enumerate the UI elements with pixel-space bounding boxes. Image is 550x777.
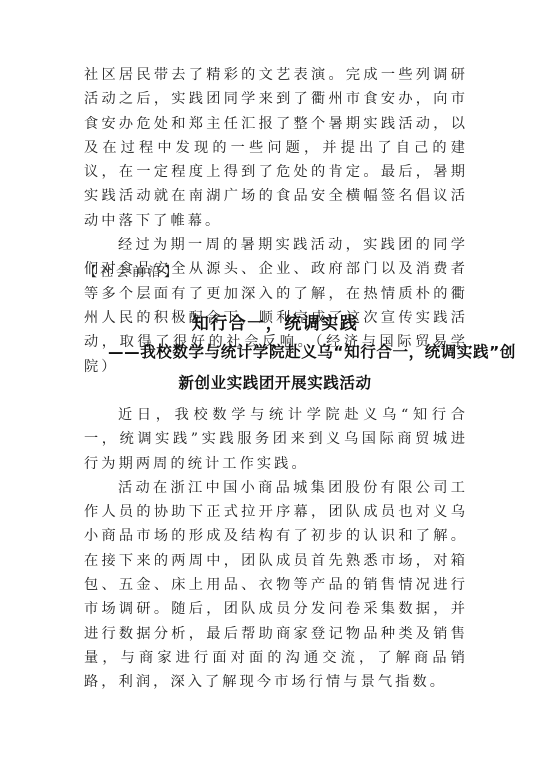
- article-subtitle-line-2: 新创业实践团开展实践活动: [0, 371, 550, 393]
- article-title: 知行合一，统调实践: [0, 309, 550, 334]
- article-subtitle-line-1: ——我校数学与统计学院赴义乌“知行合一，统调实践”创: [108, 340, 516, 362]
- article-body: 近日，我校数学与统计学院赴义乌“知行合一，统调实践”实践服务团来到义乌国际商贸城…: [84, 403, 468, 695]
- article-paragraph-2: 活动在浙江中国小商品城集团股份有限公司工作人员的协助下正式拉开序幕，团队成员也对…: [84, 476, 468, 695]
- document-page: 社区居民带去了精彩的文艺表演。完成一些列调研活动之后，实践团同学来到了衢州市食安…: [0, 0, 550, 777]
- paragraph-continued-1: 社区居民带去了精彩的文艺表演。完成一些列调研活动之后，实践团同学来到了衢州市食安…: [84, 63, 468, 233]
- section-tag: 【社会前沿】: [84, 261, 180, 280]
- article-paragraph-1: 近日，我校数学与统计学院赴义乌“知行合一，统调实践”实践服务团来到义乌国际商贸城…: [84, 403, 468, 476]
